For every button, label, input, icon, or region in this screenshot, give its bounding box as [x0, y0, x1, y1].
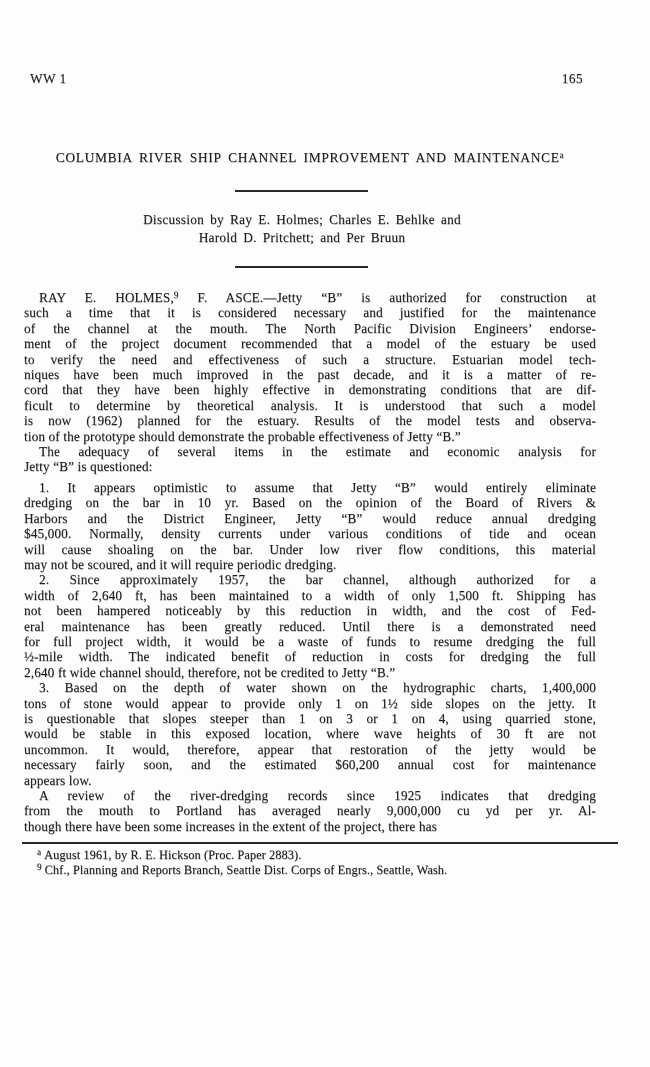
text-line: The adequacy of several items in the est… — [24, 444, 596, 459]
text-line: dredging on the bar in 10 yr. Based on t… — [24, 495, 596, 510]
text-line: will cause shoaling on the bar. Under lo… — [24, 542, 596, 557]
text-line: such a time that it is considered necess… — [24, 305, 596, 320]
paragraph: RAY E. HOLMES,9 F. ASCE.—Jetty “B” is au… — [24, 290, 596, 444]
text-line: would be stable in this exposed location… — [24, 726, 596, 741]
page-number: 165 — [562, 71, 583, 87]
paper-title: COLUMBIA RIVER SHIP CHANNEL IMPROVEMENT … — [24, 150, 596, 166]
scanned-paper-page: WW 1 165 COLUMBIA RIVER SHIP CHANNEL IMP… — [0, 0, 650, 1067]
text-line: $45,000. Normally, density currents unde… — [24, 526, 596, 541]
text-line: A review of the river-dredging records s… — [24, 788, 596, 803]
text-line: ment of the project document recommended… — [24, 336, 596, 351]
footnote-marker: a — [37, 847, 41, 857]
footnote-text: August 1961, by R. E. Hickson (Proc. Pap… — [44, 848, 301, 862]
text-line: niques have been much improved in the pa… — [24, 367, 596, 382]
text-line: to verify the need and effectiveness of … — [24, 352, 596, 367]
inline-footnote-marker: 9 — [174, 290, 179, 300]
text-line: 2,640 ft wide channel should, therefore,… — [24, 665, 596, 680]
text-line: not been hampered noticeably by this red… — [24, 603, 596, 618]
text-line: ficult to determine by theoretical analy… — [24, 398, 596, 413]
paragraph: The adequacy of several items in the est… — [24, 444, 596, 475]
text-span: F. ASCE.—Jetty “B” is authorized for con… — [178, 290, 596, 305]
text-line: eral maintenance has been greatly reduce… — [24, 619, 596, 634]
byline-line-2: Harold D. Pritchett; and Per Bruun — [24, 229, 580, 247]
paragraph: 2. Since approximately 1957, the bar cha… — [24, 572, 596, 680]
text-line: tion of the prototype should demonstrate… — [24, 429, 596, 444]
body-text: RAY E. HOLMES,9 F. ASCE.—Jetty “B” is au… — [24, 290, 596, 834]
text-line: is now (1962) planned for the estuary. R… — [24, 413, 596, 428]
text-line: ½-mile width. The indicated benefit of r… — [24, 649, 596, 664]
footnote-text: Chf., Planning and Reports Branch, Seatt… — [45, 863, 448, 877]
text-line: necessary fairly soon, and the estimated… — [24, 757, 596, 772]
text-line: 1. It appears optimistic to assume that … — [24, 480, 596, 495]
text-line: 2. Since approximately 1957, the bar cha… — [24, 572, 596, 587]
footnote-rule — [22, 842, 618, 844]
paper-title-text: COLUMBIA RIVER SHIP CHANNEL IMPROVEMENT … — [56, 150, 560, 165]
text-line: though there have been some increases in… — [24, 819, 596, 834]
text-line: 3. Based on the depth of water shown on … — [24, 680, 596, 695]
footnotes: aAugust 1961, by R. E. Hickson (Proc. Pa… — [24, 848, 616, 878]
text-line: RAY E. HOLMES,9 F. ASCE.—Jetty “B” is au… — [24, 290, 596, 305]
footnote-marker: 9 — [37, 862, 42, 872]
paragraph: A review of the river-dredging records s… — [24, 788, 596, 834]
byline-line-1: Discussion by Ray E. Holmes; Charles E. … — [24, 211, 580, 229]
text-line: uncommon. It would, therefore, appear th… — [24, 742, 596, 757]
text-line: appears low. — [24, 773, 596, 788]
text-line: for full project width, it would be a wa… — [24, 634, 596, 649]
separator-rule-top — [235, 190, 368, 192]
text-line: cord that they have been highly effectiv… — [24, 382, 596, 397]
separator-rule-bottom — [235, 266, 368, 268]
text-line: Harbors and the District Engineer, Jetty… — [24, 511, 596, 526]
text-line: is questionable that slopes steeper than… — [24, 711, 596, 726]
paragraph: 1. It appears optimistic to assume that … — [24, 480, 596, 572]
text-line: width of 2,640 ft, has been maintained t… — [24, 588, 596, 603]
byline: Discussion by Ray E. Holmes; Charles E. … — [24, 211, 580, 246]
text-line: from the mouth to Portland has averaged … — [24, 803, 596, 818]
footnote: aAugust 1961, by R. E. Hickson (Proc. Pa… — [24, 848, 616, 863]
paragraph: 3. Based on the depth of water shown on … — [24, 680, 596, 788]
text-line: Jetty “B” is questioned: — [24, 459, 596, 474]
footnote: 9Chf., Planning and Reports Branch, Seat… — [24, 863, 616, 878]
text-line: of the channel at the mouth. The North P… — [24, 321, 596, 336]
running-header: WW 1 165 — [0, 71, 650, 89]
text-span: RAY E. HOLMES, — [39, 290, 174, 305]
title-footnote-marker: a — [560, 150, 565, 160]
text-line: tons of stone would appear to provide on… — [24, 696, 596, 711]
text-line: may not be scoured, and it will require … — [24, 557, 596, 572]
journal-code: WW 1 — [30, 71, 67, 87]
